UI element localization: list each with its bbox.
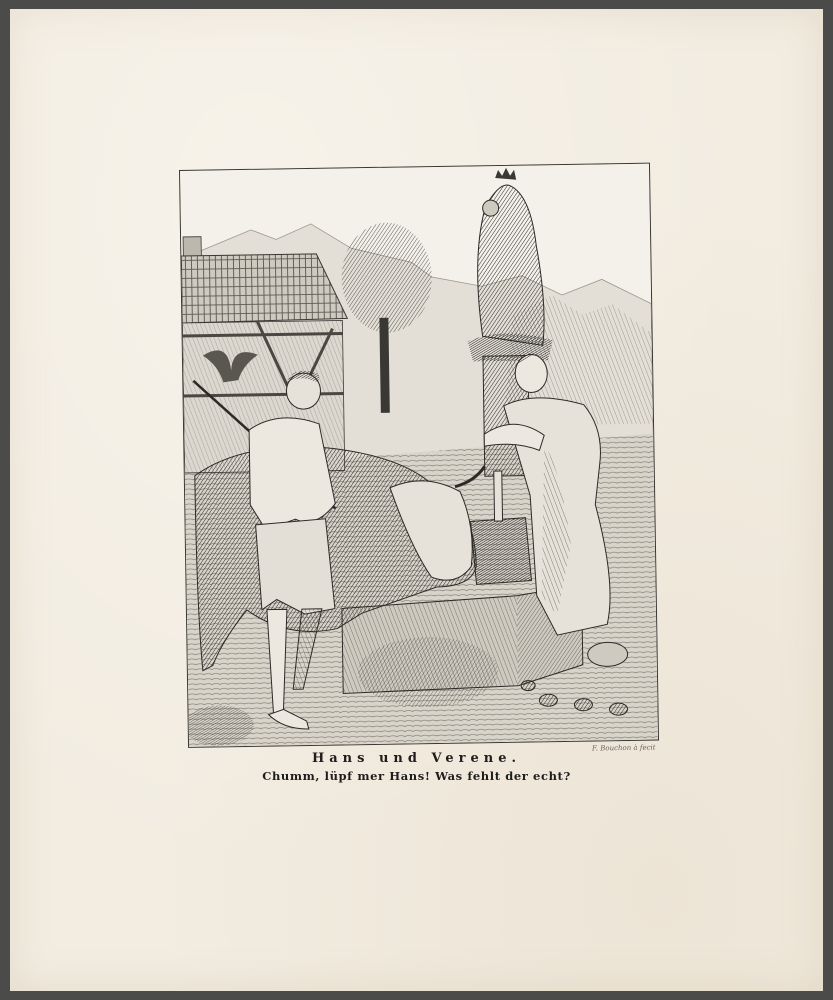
engraving-scene bbox=[180, 164, 658, 747]
artwork-subtitle: Chumm, lüpf mer Hans! Was fehlt der echt… bbox=[0, 769, 833, 783]
artwork-title: Hans und Verene. bbox=[0, 751, 833, 766]
engraving-plate bbox=[179, 163, 659, 748]
